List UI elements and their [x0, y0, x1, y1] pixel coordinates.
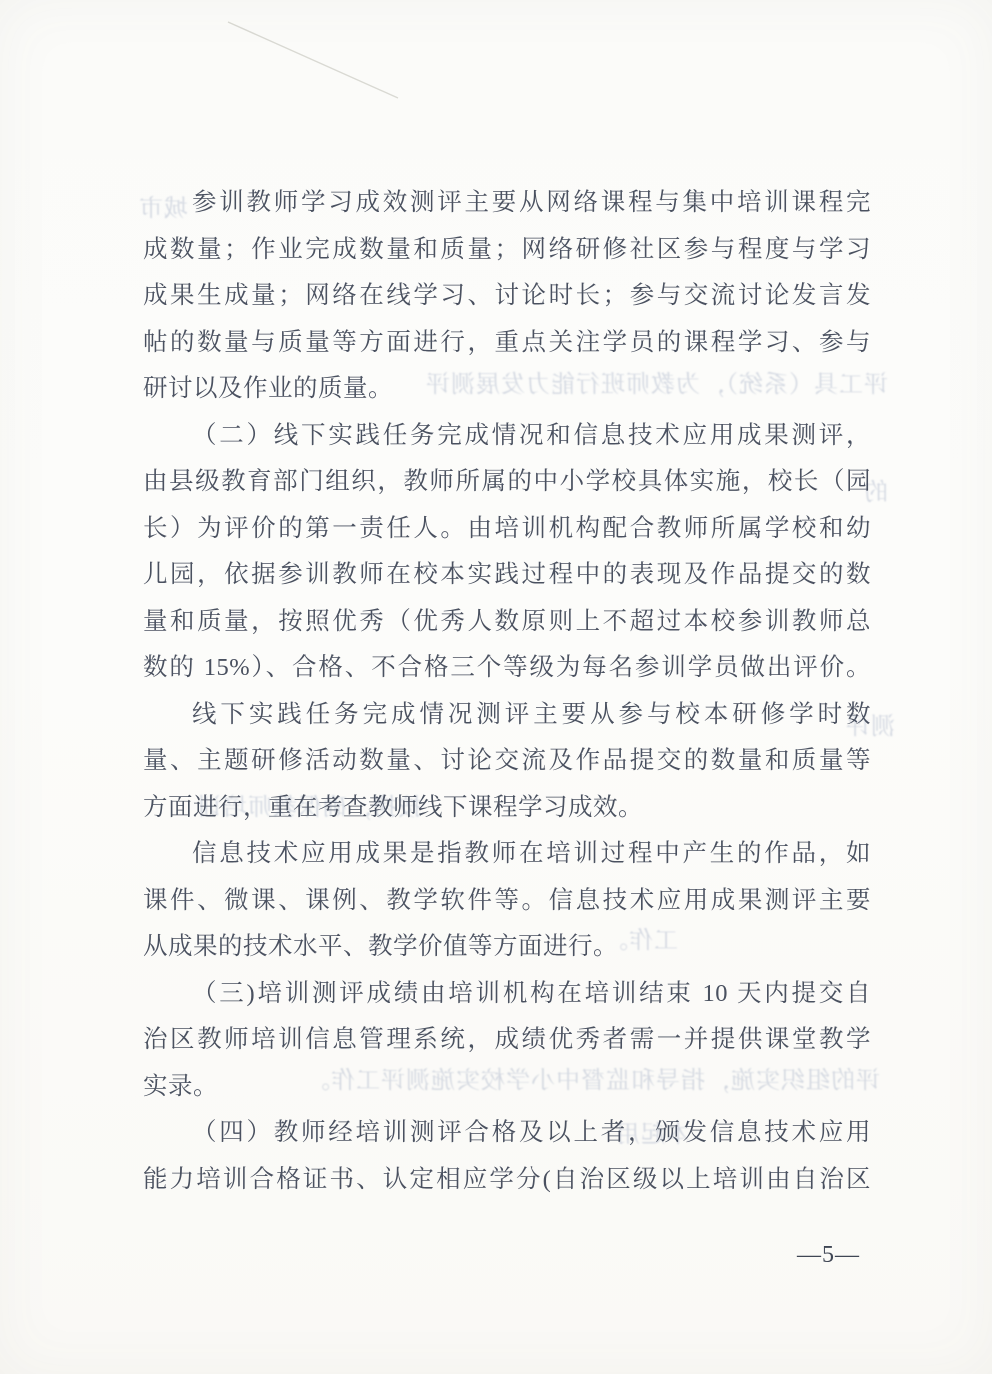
body-line: 长）为评价的第一责任人。由培训机构配合教师所属学校和幼: [143, 506, 871, 553]
body-line: 课件、微课、课例、教学软件等。信息技术应用成果测评主要: [143, 878, 871, 925]
body-line: 实录。: [143, 1064, 871, 1111]
body-line: 儿园，依据参训教师在校本实践过程中的表现及作品提交的数: [143, 552, 871, 599]
paragraph: （二）线下实践任务完成情况和信息技术应用成果测评，由县级教育部门组织，教师所属的…: [143, 413, 871, 692]
body-line: 成数量；作业完成数量和质量；网络研修社区参与程度与学习: [143, 227, 871, 274]
body-line: 从成果的技术水平、教学价值等方面进行。: [143, 924, 871, 971]
paragraph: 参训教师学习成效测评主要从网络课程与集中培训课程完成数量；作业完成数量和质量；网…: [143, 180, 871, 413]
body-line: 能力培训合格证书、认定相应学分(自治区级以上培训由自治区: [143, 1157, 871, 1204]
body-line: 方面进行，重在考查教师线下课程学习成效。: [143, 785, 871, 832]
paragraph: 信息技术应用成果是指教师在培训过程中产生的作品，如课件、微课、课例、教学软件等。…: [143, 831, 871, 971]
scanned-page: 城市评工具（系统），为教师班行能力发展测评的测评按拷，确保教师培训工作。评的组织…: [0, 0, 992, 1374]
body-line: 由县级教育部门组织，教师所属的中小学校具体实施，校长（园: [143, 459, 871, 506]
body-line: 线下实践任务完成情况测评主要从参与校本研修学时数: [143, 692, 871, 739]
paragraph: 线下实践任务完成情况测评主要从参与校本研修学时数量、主题研修活动数量、讨论交流及…: [143, 692, 871, 832]
body-line: 研讨以及作业的质量。: [143, 366, 871, 413]
body-line: 量和质量，按照优秀（优秀人数原则上不超过本校参训教师总: [143, 599, 871, 646]
body-line: 量、主题研修活动数量、讨论交流及作品提交的数量和质量等: [143, 738, 871, 785]
body-line: 治区教师培训信息管理系统，成绩优秀者需一并提供课堂教学: [143, 1017, 871, 1064]
paragraph: （四）教师经培训测评合格及以上者，颁发信息技术应用能力培训合格证书、认定相应学分…: [143, 1110, 871, 1203]
body-line: 参训教师学习成效测评主要从网络课程与集中培训课程完: [143, 180, 871, 227]
body-line: 数的 15%）、合格、不合格三个等级为每名参训学员做出评价。: [143, 645, 871, 692]
body-line: 信息技术应用成果是指教师在培训过程中产生的作品，如: [143, 831, 871, 878]
paragraph: （三)培训测评成绩由培训机构在培训结束 10 天内提交自治区教师培训信息管理系统…: [143, 971, 871, 1111]
body-line: （二）线下实践任务完成情况和信息技术应用成果测评，: [143, 413, 871, 460]
body-line: 帖的数量与质量等方面进行，重点关注学员的课程学习、参与: [143, 320, 871, 367]
document-body: 参训教师学习成效测评主要从网络课程与集中培训课程完成数量；作业完成数量和质量；网…: [143, 180, 871, 1203]
body-line: 成果生成量；网络在线学习、讨论时长；参与交流讨论发言发: [143, 273, 871, 320]
page-number: —5—: [797, 1238, 860, 1272]
body-line: （四）教师经培训测评合格及以上者，颁发信息技术应用: [143, 1110, 871, 1157]
body-line: （三)培训测评成绩由培训机构在培训结束 10 天内提交自: [143, 971, 871, 1018]
